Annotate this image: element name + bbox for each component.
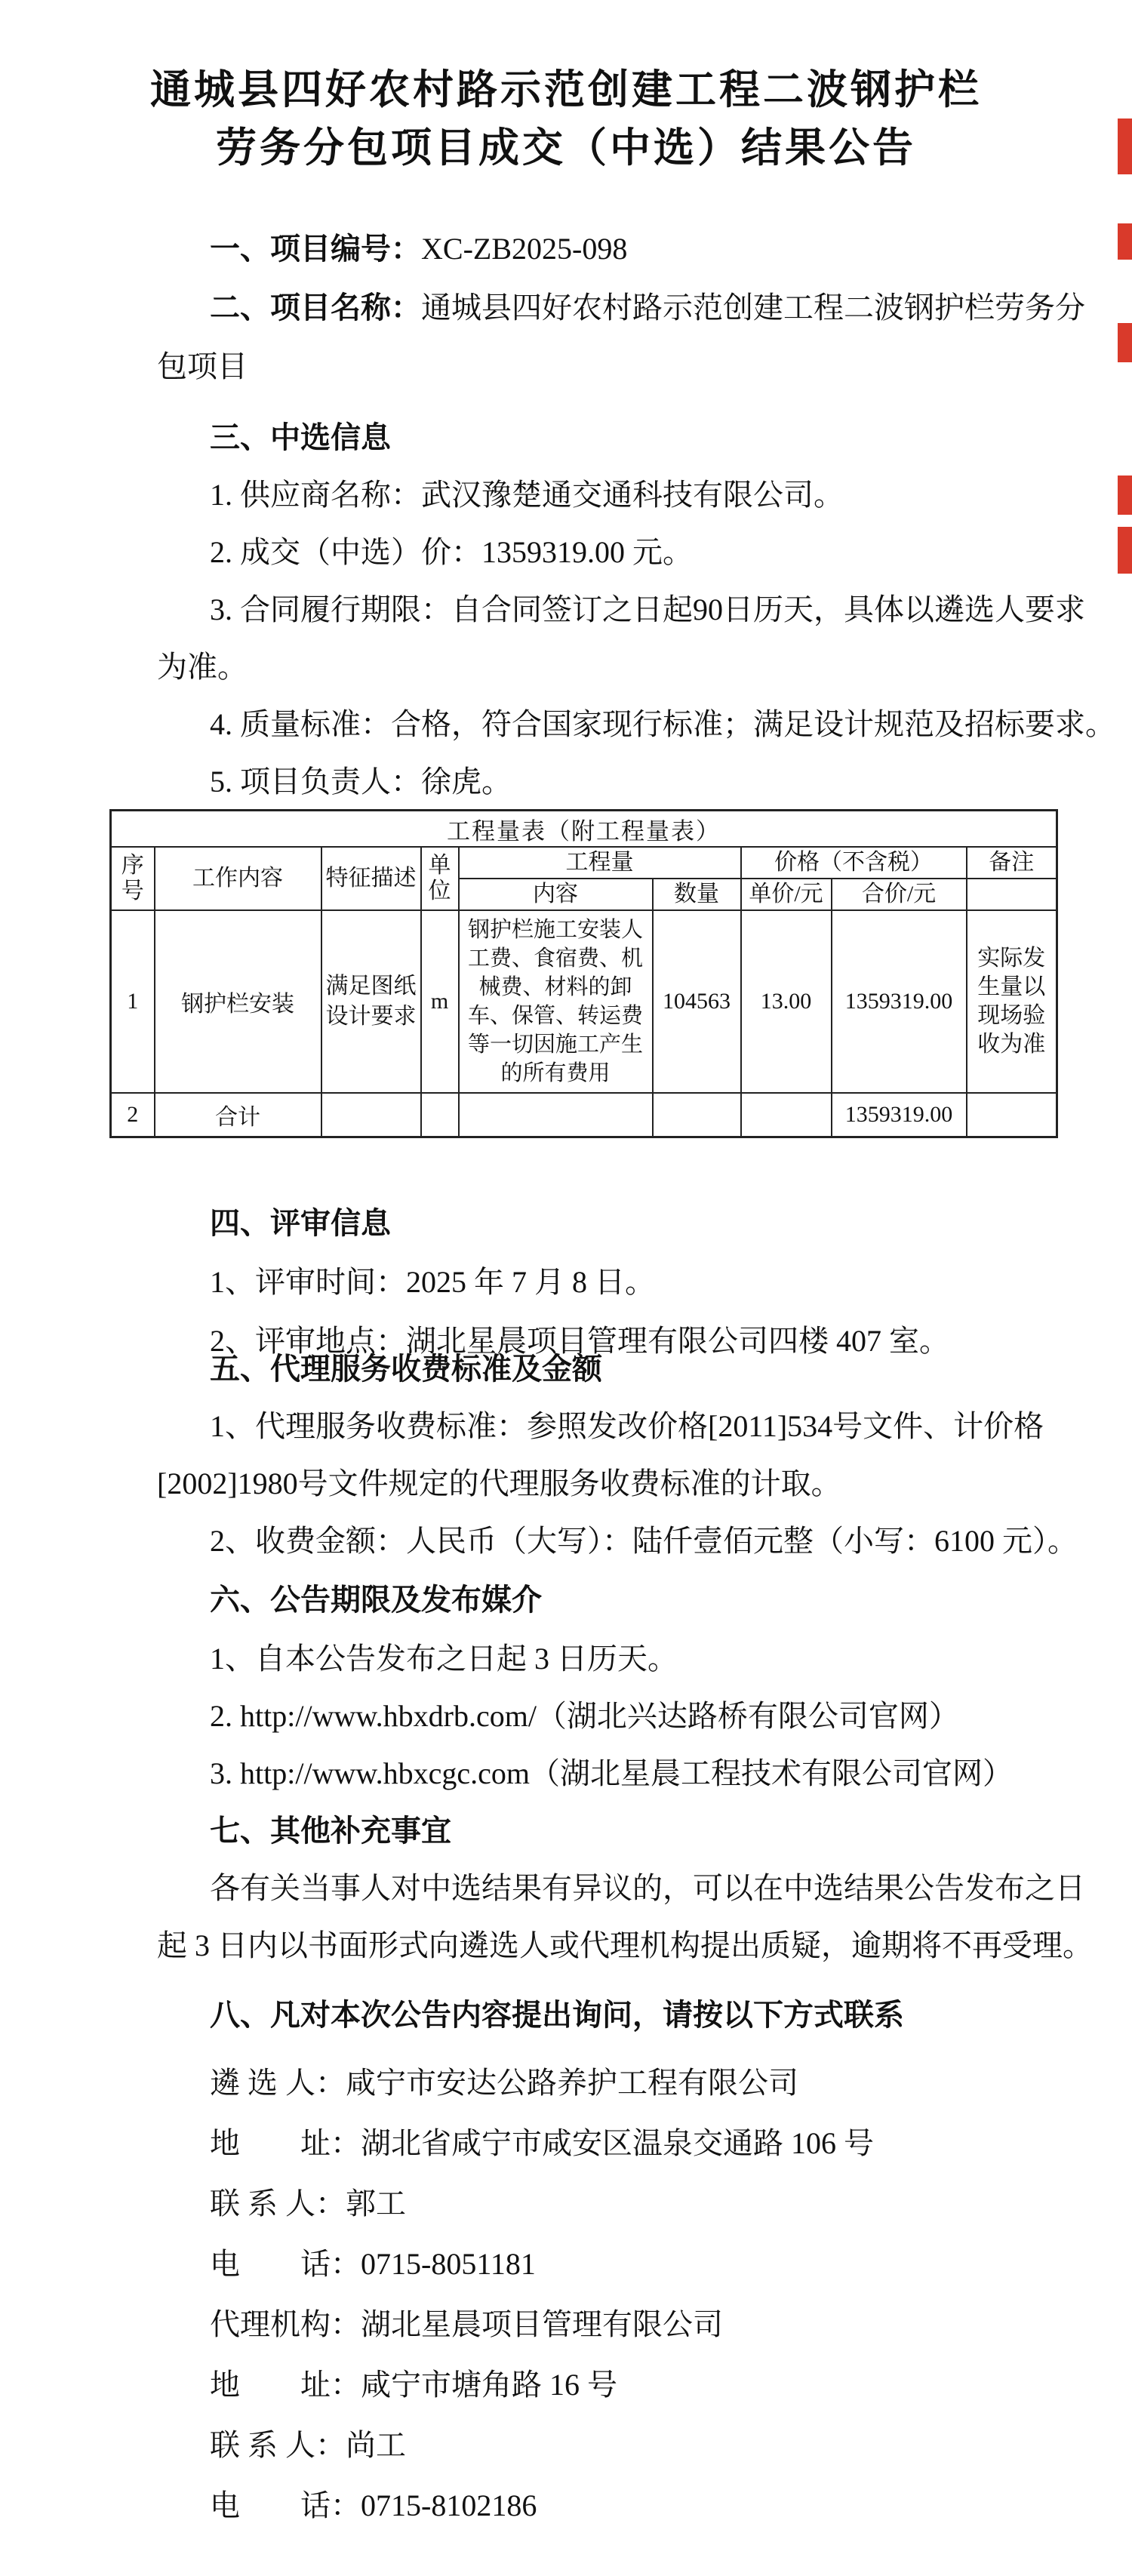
- col-subheader-amount: 数量: [653, 879, 741, 910]
- project-number-value: XC-ZB2025-098: [421, 232, 627, 266]
- agency-address-label: 地 址：: [210, 2368, 361, 2402]
- objection-line1: 各有关当事人对中选结果有异议的，可以在中选结果公告发布之日: [210, 1859, 1085, 1918]
- row2-remark: [967, 1093, 1057, 1137]
- document-page: 通城县四好农村路示范创建工程二波钢护栏 劳务分包项目成交（中选）结果公告 一、项…: [0, 0, 1132, 2576]
- col-header-index: 序号: [111, 847, 155, 910]
- selector-label: 遴 选 人：: [210, 2066, 346, 2100]
- agency-phone-line: 电 话：0715-8102186: [210, 2476, 1085, 2535]
- selector-address-line: 地 址：湖北省咸宁市咸安区温泉交通路 106 号: [210, 2114, 1085, 2173]
- review-time-line: 1、评审时间：2025 年 7 月 8 日。: [210, 1253, 1085, 1312]
- project-name-line: 二、项目名称：通城县四好农村路示范创建工程二波钢护栏劳务分: [210, 279, 1085, 337]
- row1-content: 钢护栏施工安装人工费、食宿费、机械费、材料的卸车、保管、转运费等一切因施工产生的…: [459, 910, 653, 1093]
- col-header-work: 工作内容: [155, 847, 321, 910]
- contract-duration-line1: 3. 合同履行期限：自合同签订之日起90日历天，具体以遴选人要求: [210, 580, 1085, 639]
- col-subheader-remark-empty: [967, 879, 1057, 910]
- red-margin-mark-4: [1118, 475, 1132, 515]
- quality-standard-line: 4. 质量标准：合格，符合国家现行标准；满足设计规范及招标要求。: [210, 695, 1085, 754]
- agency-person-line: 联 系 人：尚工: [210, 2416, 1085, 2475]
- col-header-remark: 备注: [967, 847, 1057, 879]
- selector-person-value: 郭工: [346, 2187, 406, 2221]
- fee-amount-line: 2、收费金额：人民币（大写）：陆仟壹佰元整（小写：6100 元）。: [210, 1512, 1085, 1571]
- col-subheader-unit-price: 单价/元: [741, 879, 832, 910]
- fee-standard-line2: [2002]1980号文件规定的代理服务收费标准的计取。: [157, 1454, 1032, 1513]
- selector-address-label: 地 址：: [210, 2126, 361, 2160]
- fee-standard-line1: 1、代理服务收费标准：参照发改价格[2011]534号文件、计价格: [210, 1397, 1085, 1456]
- quantities-table: 工程量表（附工程量表） 序号 工作内容 特征描述 单位 工程量 价格（不含税） …: [109, 809, 1058, 1138]
- col-subheader-total-price: 合价/元: [832, 879, 967, 910]
- url-hbxcgc-line: 3. http://www.hbxcgc.com（湖北星晨工程技术有限公司官网）: [210, 1744, 1085, 1803]
- col-header-quantity-group: 工程量: [459, 847, 741, 879]
- row1-unit: m: [421, 910, 459, 1093]
- row1-work: 钢护栏安装: [155, 910, 321, 1093]
- red-margin-mark-5: [1118, 527, 1132, 574]
- agency-fee-heading: 五、代理服务收费标准及金额: [210, 1340, 1085, 1399]
- selector-line: 遴 选 人：咸宁市安达公路养护工程有限公司: [210, 2054, 1085, 2113]
- row2-index: 2: [111, 1093, 155, 1137]
- row2-amount: [653, 1093, 741, 1137]
- red-margin-mark-2: [1118, 223, 1132, 260]
- contract-duration-line2: 为准。: [157, 638, 1032, 697]
- agency-address-value: 咸宁市塘角路 16 号: [361, 2368, 617, 2402]
- agency-person-label: 联 系 人：: [210, 2428, 346, 2462]
- row2-unit: [421, 1093, 459, 1137]
- selector-phone-value: 0715-8051181: [361, 2247, 536, 2281]
- row1-amount: 104563: [653, 910, 741, 1093]
- selector-person-label: 联 系 人：: [210, 2187, 346, 2221]
- project-name-label: 二、项目名称：: [210, 291, 421, 325]
- selector-phone-line: 电 话：0715-8051181: [210, 2235, 1085, 2294]
- page-title-line1: 通城县四好农村路示范创建工程二波钢护栏: [0, 61, 1132, 119]
- row1-unit-price: 13.00: [741, 910, 832, 1093]
- project-number-label: 一、项目编号：: [210, 232, 421, 266]
- page-title: 通城县四好农村路示范创建工程二波钢护栏 劳务分包项目成交（中选）结果公告: [0, 61, 1132, 177]
- project-number-line: 一、项目编号：XC-ZB2025-098: [210, 220, 1085, 279]
- row1-remark: 实际发生量以现场验收为准: [967, 910, 1057, 1093]
- award-price-line: 2. 成交（中选）价：1359319.00 元。: [210, 523, 1085, 582]
- row2-total-price: 1359319.00: [832, 1093, 967, 1137]
- selector-address-value: 湖北省咸宁市咸安区温泉交通路 106 号: [361, 2126, 874, 2160]
- col-header-unit: 单位: [421, 847, 459, 910]
- supplier-name-line: 1. 供应商名称：武汉豫楚通交通科技有限公司。: [210, 466, 1085, 525]
- page-title-line2: 劳务分包项目成交（中选）结果公告: [0, 119, 1132, 177]
- project-name-value-part2: 包项目: [157, 337, 1032, 396]
- row1-index: 1: [111, 910, 155, 1093]
- table-row-1: 1 钢护栏安装 满足图纸设计要求 m 钢护栏施工安装人工费、食宿费、机械费、材料…: [111, 910, 1057, 1093]
- contact-heading: 八、凡对本次公告内容提出询问，请按以下方式联系: [210, 1986, 1085, 2045]
- other-matters-heading: 七、其他补充事宜: [210, 1802, 1085, 1860]
- selector-value: 咸宁市安达公路养护工程有限公司: [346, 2066, 798, 2100]
- project-manager-line: 5. 项目负责人：徐虎。: [210, 752, 1085, 811]
- agency-line: 代理机构：湖北星晨项目管理有限公司: [210, 2295, 1085, 2354]
- selector-person-line: 联 系 人：郭工: [210, 2174, 1085, 2233]
- selector-phone-label: 电 话：: [210, 2247, 361, 2281]
- col-subheader-content: 内容: [459, 879, 653, 910]
- agency-address-line: 地 址：咸宁市塘角路 16 号: [210, 2356, 1085, 2414]
- row2-content: [459, 1093, 653, 1137]
- col-header-feature: 特征描述: [321, 847, 421, 910]
- row2-feature: [321, 1093, 421, 1137]
- selection-info-heading: 三、中选信息: [210, 408, 1085, 467]
- objection-line2: 起 3 日内以书面形式向遴选人或代理机构提出质疑，逾期将不再受理。: [157, 1916, 1032, 1975]
- row1-total-price: 1359319.00: [832, 910, 967, 1093]
- announcement-heading: 六、公告期限及发布媒介: [210, 1571, 1085, 1630]
- agency-phone-value: 0715-8102186: [361, 2488, 537, 2522]
- table-title: 工程量表（附工程量表）: [111, 811, 1057, 848]
- row1-feature: 满足图纸设计要求: [321, 910, 421, 1093]
- url-hbxdrb-line: 2. http://www.hbxdrb.com/（湖北兴达路桥有限公司官网）: [210, 1687, 1085, 1746]
- agency-value: 湖北星晨项目管理有限公司: [361, 2307, 723, 2341]
- review-info-heading: 四、评审信息: [210, 1194, 1085, 1253]
- col-header-price-group: 价格（不含税）: [741, 847, 967, 879]
- agency-phone-label: 电 话：: [210, 2488, 361, 2522]
- announcement-period-line: 1、自本公告发布之日起 3 日历天。: [210, 1630, 1085, 1688]
- row2-unit-price: [741, 1093, 832, 1137]
- table-row-total: 2 合计 1359319.00: [111, 1093, 1057, 1137]
- project-name-value-part1: 通城县四好农村路示范创建工程二波钢护栏劳务分: [421, 291, 1085, 325]
- agency-person-value: 尚工: [346, 2428, 406, 2462]
- red-margin-mark-3: [1118, 323, 1132, 362]
- agency-label: 代理机构：: [210, 2307, 361, 2341]
- row2-work: 合计: [155, 1093, 321, 1137]
